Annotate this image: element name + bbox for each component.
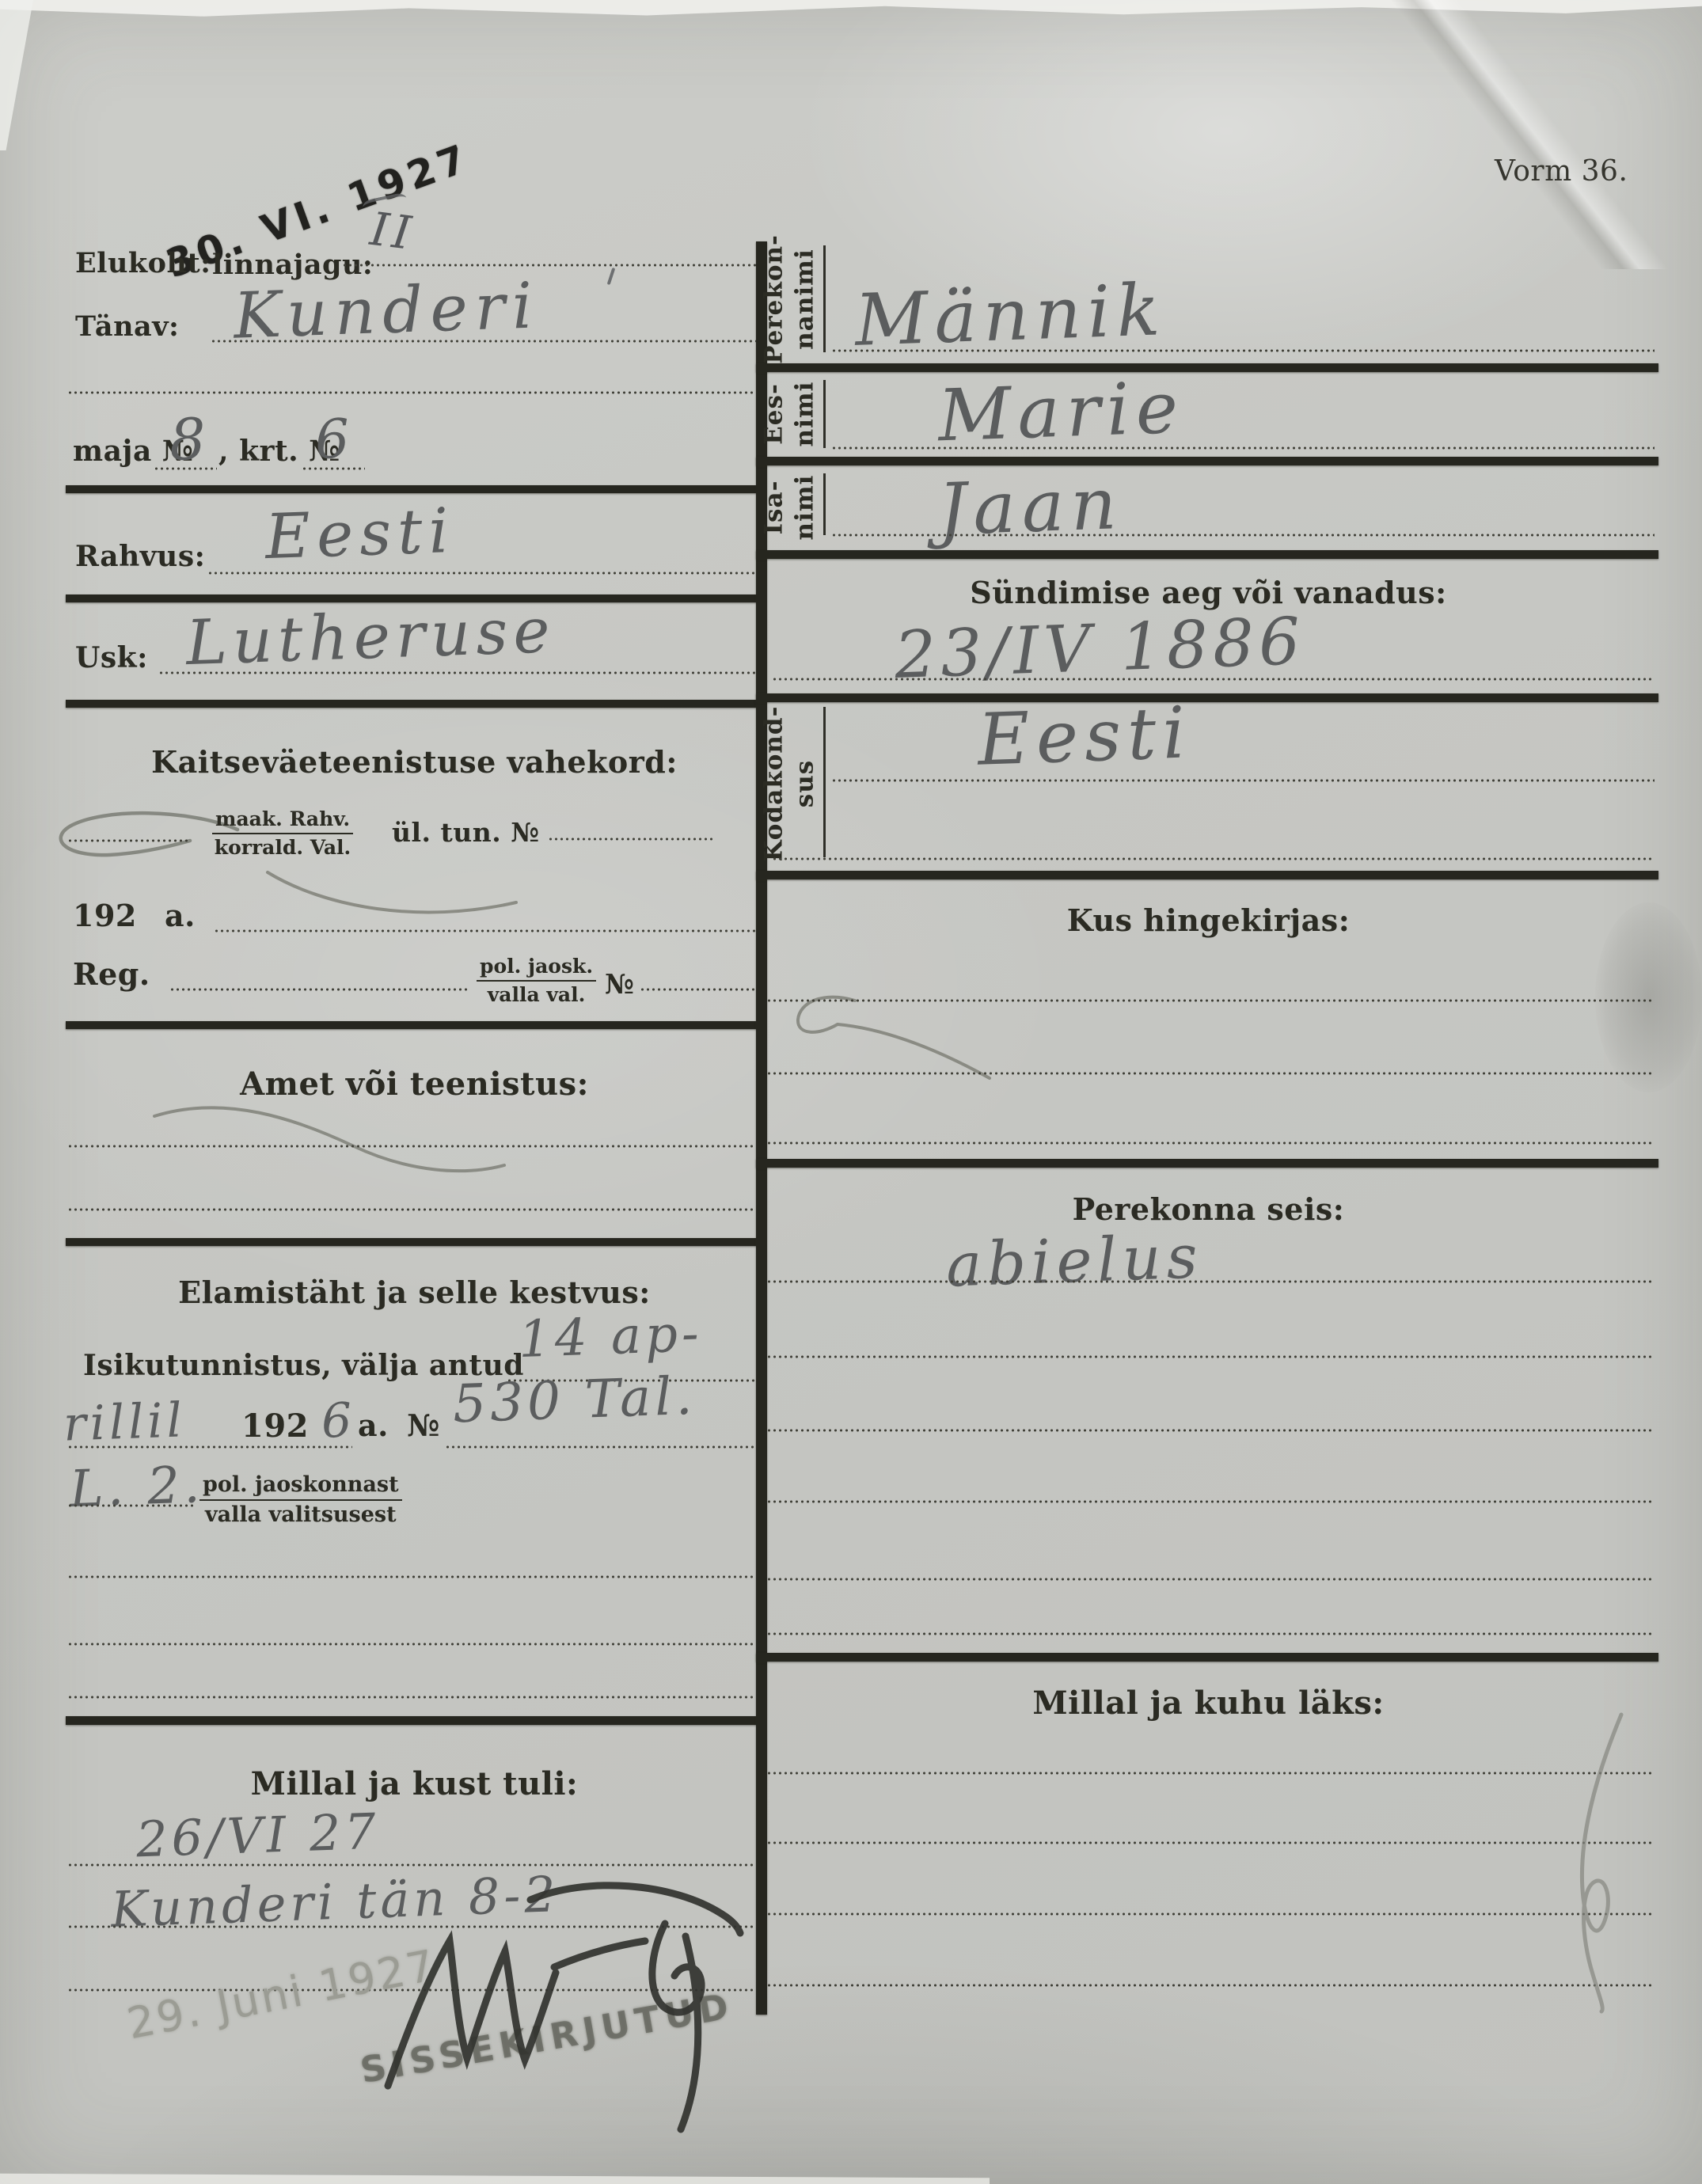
perekonna-seis-value: abielus [945,1221,1204,1300]
year-dotted-line [214,929,762,932]
tanav-diacritic-tick [607,268,616,285]
linnajagu-dotted-line [342,264,760,267]
dotted-line [67,839,190,842]
maak-korrald-fraction: maak. Rahv. korrald. Val. [212,807,353,860]
ul-tun-label: ül. tun. № [392,817,540,848]
isikutunnistus-a-label: a. [358,1407,389,1443]
pencil-dash-flourish [261,861,522,929]
eesnimi-label-line2: nimi [789,382,820,447]
tanav-label: Tänav: [75,310,179,343]
registration-card-scan: 30. VI. 1927 Vorm 36. Elukoht: linnajagu… [0,0,1702,2184]
rule-heavy [756,871,1658,879]
eesnimi-label: Ees- nimi [758,382,820,447]
pol-jaosk-label: pol. jaosk. [477,955,596,982]
reg-nr-sign: № [605,969,634,1001]
dotted-line [766,1632,1655,1635]
address-dotted-line [67,391,762,394]
korrald-val-label: korrald. Val. [212,834,353,860]
dotted-line [766,1578,1655,1581]
form-number: Vorm 36. [1495,155,1628,188]
torn-top-edge [0,0,1702,21]
elukoht-label: Elukoht: [75,247,211,279]
dotted-line [67,1445,352,1449]
label-box-line [823,380,826,448]
isanimi-label: Isa- nimi [758,475,820,541]
maak-rahv-label: maak. Rahv. [212,807,353,834]
valla-val-label: valla val. [477,982,596,1007]
perekonnanimi-label: Perekon- nanimi [758,234,820,364]
rahvus-value: Eesti [264,496,456,573]
usk-label: Usk: [75,641,148,674]
year-printed: 192 [73,898,137,933]
eesnimi-value: Marie [936,367,1185,458]
reg-dotted-line [169,988,469,991]
kodakondsus-label: Kodakond- sus [758,706,820,862]
sundimine-heading: Sündimise aeg või vanadus: [762,575,1655,610]
rahvus-label: Rahvus: [75,540,205,573]
perekonnanimi-label-line1: Perekon- [758,234,789,364]
pol-jaosk-fraction: pol. jaosk. valla val. [477,955,596,1007]
valla-valitsusest-label: valla valitsusest [199,1501,402,1528]
rule-heavy [756,693,1658,702]
dotted-line [548,838,712,841]
elamistaht-heading: Elamistäht ja selle kestvus: [67,1274,762,1310]
rule-heavy [66,1716,762,1725]
dotted-line [67,1643,762,1646]
rule-heavy [756,1653,1658,1662]
rule-heavy [66,485,762,493]
dotted-line [766,1141,1655,1145]
dotted-line [67,1696,762,1699]
dotted-line [766,1841,1655,1844]
eesnimi-label-line1: Ees- [758,382,789,447]
usk-value: Lutheruse [185,595,557,679]
isikutunnistus-year-hw: 6 [321,1392,357,1449]
isikutunnistus-hw-line3: L. 2. [69,1456,205,1519]
tanav-value: Kunderi [232,268,540,352]
dotted-line [772,857,1655,860]
rule-heavy [756,1159,1658,1168]
bottom-scan-edge [0,2167,990,2184]
millal-laks-heading: Millal ja kuhu läks: [762,1685,1655,1722]
year-a-label: a. [165,898,196,933]
dotted-line [445,1445,762,1449]
linnajagu-value: II [367,202,418,260]
kodakondsus-label-line2: sus [789,706,820,862]
dotted-line [67,1504,194,1507]
kus-hingekirjas-heading: Kus hingekirjas: [762,902,1655,938]
kodakondsus-label-line1: Kodakond- [758,706,789,862]
dotted-line [766,1500,1655,1503]
isikutunnistus-nr-hw: 530 Tal. [452,1365,697,1435]
dotted-line [772,678,1655,681]
dotted-line [67,1145,762,1148]
kodakondsus-value: Eesti [976,691,1193,781]
label-box-line [823,473,826,535]
dotted-line [67,1863,762,1867]
isikutunnistus-hw-line2-prefix: rillil [63,1392,187,1452]
isikutunnistus-year-printed: 192 [241,1407,309,1445]
rule-heavy [66,1238,762,1246]
isanimi-value: Jaan [936,462,1124,552]
isanimi-label-line1: Isa- [758,475,789,541]
dotted-line [640,988,762,991]
official-signature [332,1868,760,2137]
pencil-s-flourish [146,1099,511,1182]
amet-heading: Amet või teenistus: [67,1065,762,1103]
perekonnanimi-label-line2: nanimi [789,234,820,364]
pol-jaoskonnast-label: pol. jaoskonnast [199,1472,402,1501]
dotted-line [766,999,1655,1002]
torn-corner-left [0,0,33,150]
rule-heavy [756,363,1658,372]
pol-jaoskonnast-fraction: pol. jaoskonnast valla valitsusest [199,1472,402,1529]
isikutunnistus-hw-line1: 14 ap- [518,1305,704,1369]
kaitsevae-heading: Kaitseväeteenistuse vahekord: [67,744,762,780]
millal-tuli-heading: Millal ja kust tuli: [67,1765,762,1802]
dotted-line [831,779,1655,782]
rule-heavy [756,550,1658,559]
dotted-line [67,1208,762,1211]
rule-heavy [66,700,762,708]
reg-label: Reg. [73,956,150,992]
label-box-line [823,245,826,352]
dotted-line [766,1912,1655,1916]
isikutunnistus-nr-sign: № [407,1407,440,1443]
dotted-line [766,1072,1655,1075]
maja-value: 8 [169,405,211,473]
pencil-squiggle [1528,1708,1647,2013]
rule-heavy [756,457,1658,465]
dotted-line [766,1772,1655,1775]
krt-value: 6 [314,408,355,472]
dotted-line [831,446,1655,450]
dotted-line [766,1984,1655,1987]
label-box-line [823,707,826,857]
isanimi-label-line2: nimi [789,475,820,541]
dotted-line [831,534,1655,537]
dotted-line [831,349,1655,352]
rule-heavy [66,1021,762,1029]
dotted-line [67,1575,762,1578]
fold-crease-top-right [1346,0,1702,269]
dotted-line [766,1280,1655,1283]
perekonna-seis-heading: Perekonna seis: [762,1191,1655,1227]
dotted-line [766,1355,1655,1358]
pencil-hook-flourish [792,989,997,1083]
dotted-line [766,1429,1655,1432]
tuli-date-value: 26/VI 27 [135,1802,381,1869]
